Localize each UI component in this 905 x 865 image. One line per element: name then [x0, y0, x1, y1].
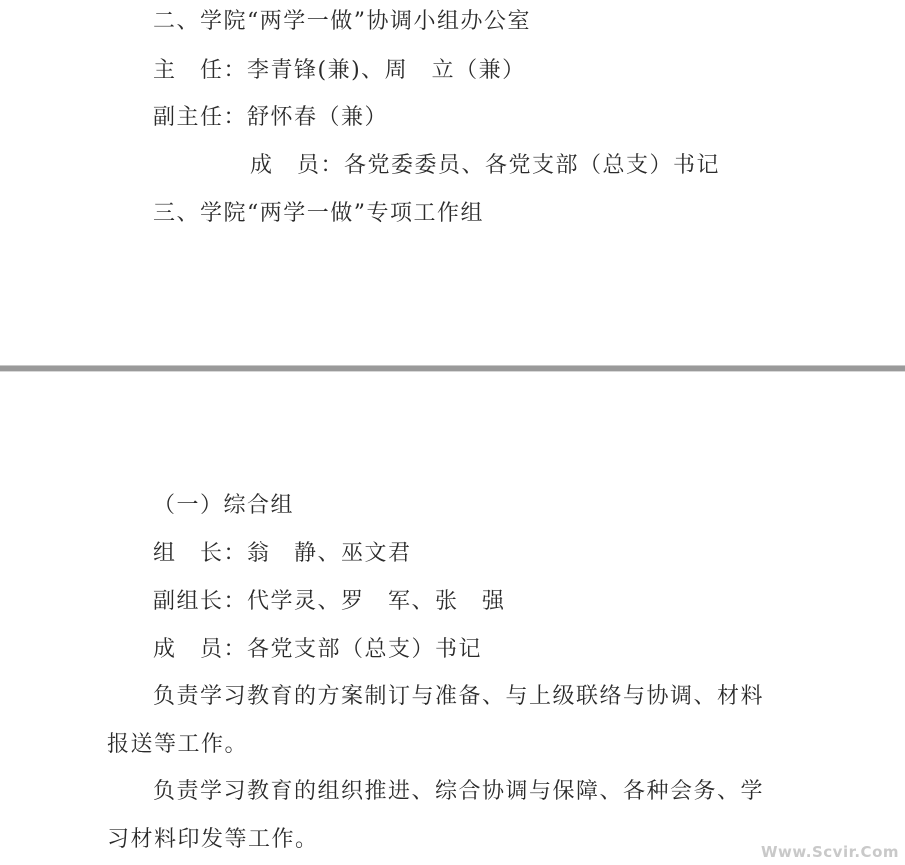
group-leader-line: 组 长：翁 静、巫文君 — [153, 540, 412, 568]
section-heading-office: 二、学院“两学一做”协调小组办公室 — [153, 8, 531, 36]
document-page-top: 二、学院“两学一做”协调小组办公室 主 任：李青锋(兼)、周 立（兼） 副主任：… — [0, 0, 905, 365]
duty-paragraph-1-line-1: 负责学习教育的方案制订与准备、与上级联络与协调、材料 — [153, 683, 764, 711]
deputy-group-leader-line: 副组长：代学灵、罗 军、张 强 — [153, 588, 506, 616]
members-line: 成 员：各党委委员、各党支部（总支）书记 — [250, 152, 720, 180]
group-members-line: 成 员：各党支部（总支）书记 — [153, 636, 482, 664]
watermark: Www.Scvir.Com — [761, 843, 899, 861]
subsection-heading-general: （一）综合组 — [153, 492, 294, 520]
section-heading-workgroup: 三、学院“两学一做”专项工作组 — [153, 200, 484, 228]
document-page-bottom: （一）综合组 组 长：翁 静、巫文君 副组长：代学灵、罗 军、张 强 成 员：各… — [0, 372, 905, 865]
duty-paragraph-1-line-2: 报送等工作。 — [107, 731, 248, 759]
deputy-director-line: 副主任：舒怀春（兼） — [153, 104, 388, 132]
duty-paragraph-2-line-2: 习材料印发等工作。 — [107, 826, 319, 854]
page-separator — [0, 365, 905, 372]
duty-paragraph-2-line-1: 负责学习教育的组织推进、综合协调与保障、各种会务、学 — [153, 778, 764, 806]
director-line: 主 任：李青锋(兼)、周 立（兼） — [153, 57, 526, 85]
